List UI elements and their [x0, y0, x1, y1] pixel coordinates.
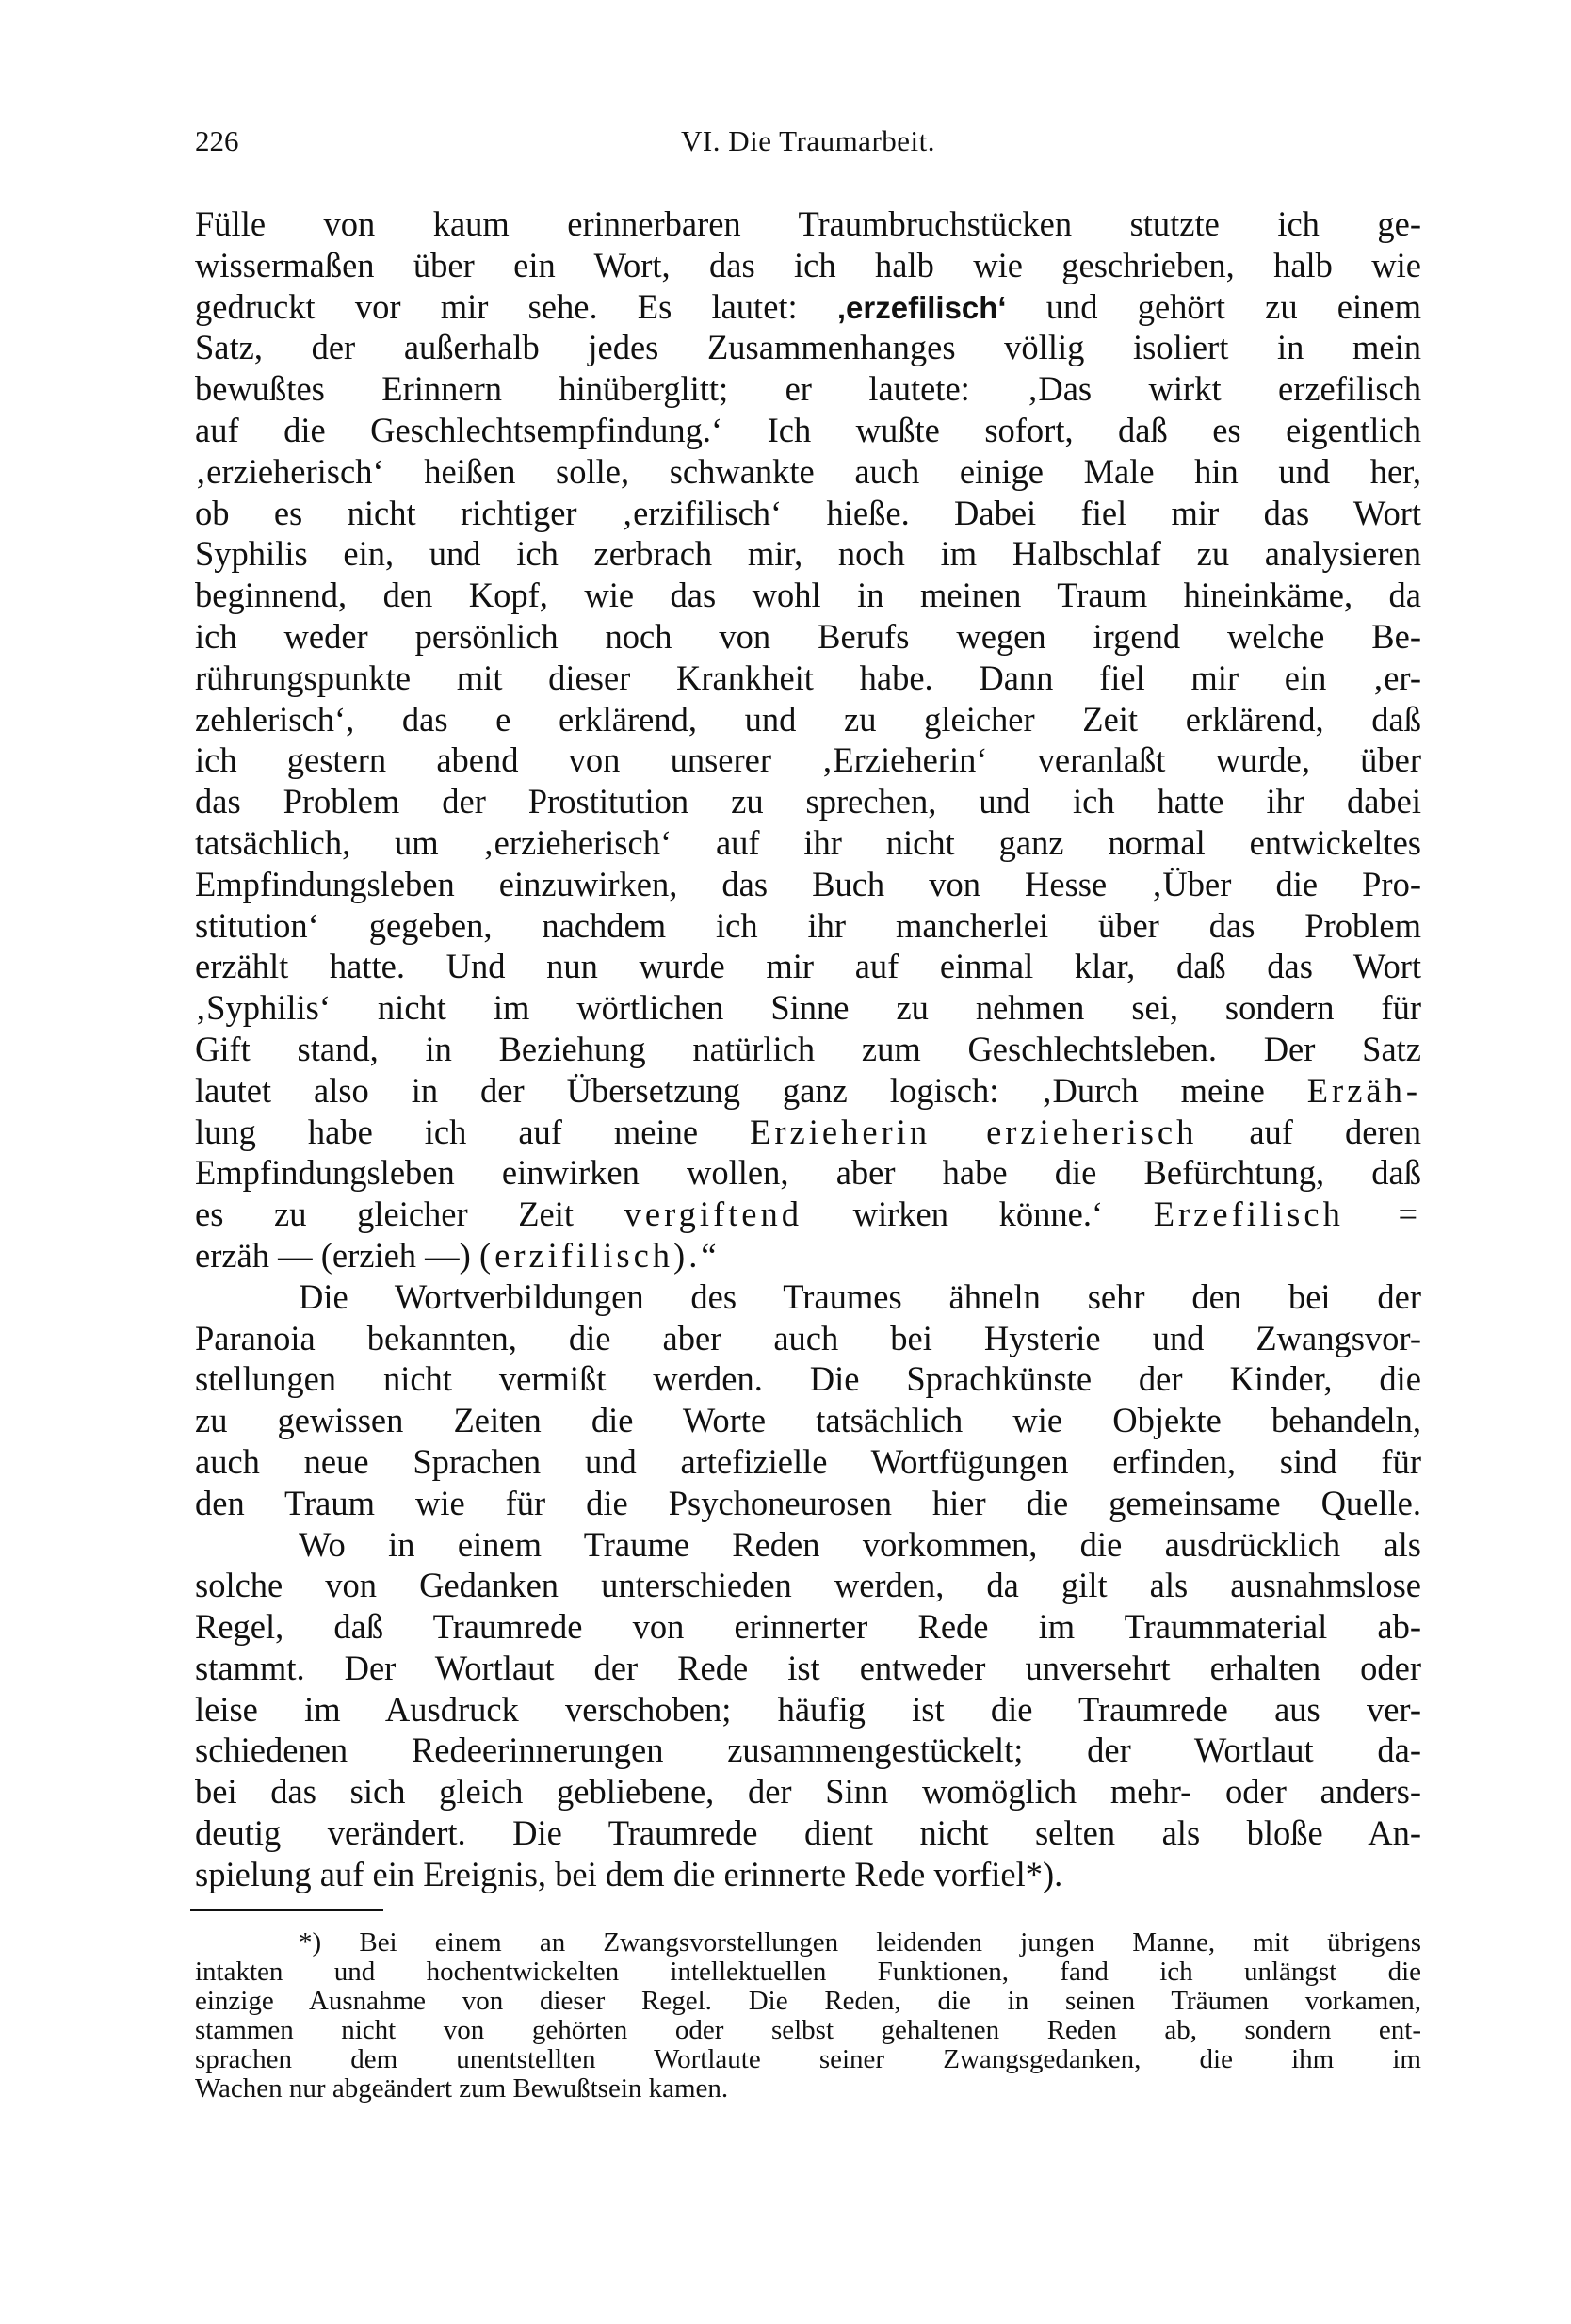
text-line: das Problem der Prostitution zu sprechen… — [195, 781, 1421, 822]
text-line: wissermaßen über ein Wort, das ich halb … — [195, 245, 1421, 286]
text-line: es zu gleicher Zeit vergiftend wirken kö… — [195, 1194, 1421, 1235]
text-line: ‚erzieherisch‘ heißen solle, schwankte a… — [195, 451, 1421, 493]
spaced-text: Erzäh- — [1307, 1071, 1421, 1110]
text-line: auf die Geschlechtsempfindung.‘ Ich wußt… — [195, 410, 1421, 451]
text-fragment: und gehört zu einem — [1046, 287, 1421, 326]
footnote-line: intakten und hochentwickelten intellektu… — [195, 1958, 1421, 1987]
text-line: Wo in einem Traume Reden vorkommen, die … — [195, 1524, 1421, 1566]
text-line: solche von Gedanken unterschieden werden… — [195, 1565, 1421, 1606]
spaced-text: Erzefilisch = — [1154, 1195, 1421, 1233]
text-line: ‚Syphilis‘ nicht im wörtlichen Sinne zu … — [195, 987, 1421, 1029]
text-line: Empfindungsleben einwirken wollen, aber … — [195, 1152, 1421, 1194]
text-fragment: gedruckt vor mir sehe. Es lautet: — [195, 287, 798, 326]
text-fragment: lautet also in der Übersetzung ganz logi… — [195, 1071, 1265, 1110]
text-line: Paranoia bekannten, die aber auch bei Hy… — [195, 1318, 1421, 1359]
footnote: *) Bei einem an Zwangsvorstellungen leid… — [195, 1928, 1421, 2104]
text-line: Satz, der außerhalb jedes Zusammenhanges… — [195, 327, 1421, 368]
text-line: auch neue Sprachen und artefizielle Wort… — [195, 1441, 1421, 1483]
text-line: bei das sich gleich gebliebene, der Sinn… — [195, 1771, 1421, 1812]
text-line: deutig verändert. Die Traumrede dient ni… — [195, 1812, 1421, 1854]
text-line: gedruckt vor mir sehe. Es lautet: ‚erzef… — [195, 286, 1421, 328]
text-line: zehlerisch‘, das e erklärend, und zu gle… — [195, 699, 1421, 740]
text-fragment: lung habe ich auf meine — [195, 1113, 698, 1151]
emphasized-word: ‚erzefilisch‘ — [837, 290, 1007, 325]
spaced-text: (erzifilisch).“ — [479, 1236, 721, 1275]
text-line: schiedenen Redeerinnerungen zusammengest… — [195, 1730, 1421, 1771]
text-line: den Traum wie für die Psychoneurosen hie… — [195, 1483, 1421, 1524]
text-line: tatsächlich, um ‚erzieherisch‘ auf ihr n… — [195, 822, 1421, 864]
spaced-text: vergiftend — [624, 1195, 802, 1233]
footnote-line: stammen nicht von gehörten oder selbst g… — [195, 2016, 1421, 2045]
footnote-line: *) Bei einem an Zwangsvorstellungen leid… — [195, 1928, 1421, 1958]
text-fragment: erzäh — (erzieh —) — [195, 1236, 471, 1275]
footnote-divider — [190, 1909, 383, 1911]
text-line: Gift stand, in Beziehung natürlich zum G… — [195, 1029, 1421, 1070]
text-fragment: es zu gleicher Zeit — [195, 1195, 574, 1233]
footnote-line: sprachen dem unentstellten Wortlaute sei… — [195, 2045, 1421, 2074]
text-line: spielung auf ein Ereignis, bei dem die e… — [195, 1854, 1421, 1895]
footnote-line: Wachen nur abgeändert zum Bewußtsein kam… — [195, 2074, 1421, 2104]
text-line: zu gewissen Zeiten die Worte tatsächlich… — [195, 1400, 1421, 1441]
text-line: ob es nicht richtiger ‚erzifilisch‘ hieß… — [195, 493, 1421, 534]
text-fragment: auf deren — [1249, 1113, 1421, 1151]
text-line: Die Wortverbildungen des Traumes ähneln … — [195, 1276, 1421, 1318]
text-line: ich gestern abend von unserer ‚Erzieheri… — [195, 739, 1421, 781]
body-text: Fülle von kaum erinnerbaren Traumbruchst… — [195, 203, 1421, 1895]
footnote-line: einzige Ausnahme von dieser Regel. Die R… — [195, 1987, 1421, 2016]
text-line: rührungspunkte mit dieser Krankheit habe… — [195, 658, 1421, 699]
text-line: Regel, daß Traumrede von erinnerter Rede… — [195, 1606, 1421, 1648]
text-fragment: wirken könne.‘ — [853, 1195, 1103, 1233]
text-line: Syphilis ein, und ich zerbrach mir, noch… — [195, 533, 1421, 575]
text-line: lung habe ich auf meine Erzieherin erzie… — [195, 1112, 1421, 1153]
text-line: erzäh — (erzieh —) (erzifilisch).“ — [195, 1235, 1421, 1276]
text-line: Fülle von kaum erinnerbaren Traumbruchst… — [195, 203, 1421, 245]
spaced-text: Erzieherin erzieherisch — [750, 1113, 1197, 1151]
text-line: bewußtes Erinnern hinüberglitt; er laute… — [195, 368, 1421, 410]
text-line: stammt. Der Wortlaut der Rede ist entwed… — [195, 1648, 1421, 1689]
text-line: beginnend, den Kopf, wie das wohl in mei… — [195, 575, 1421, 616]
text-line: ich weder persönlich noch von Berufs weg… — [195, 616, 1421, 658]
text-line: lautet also in der Übersetzung ganz logi… — [195, 1070, 1421, 1112]
book-page: 226 VI. Die Traumarbeit. Fülle von kaum … — [195, 121, 1421, 2104]
chapter-title: VI. Die Traumarbeit. — [195, 121, 1421, 162]
text-line: leise im Ausdruck verschoben; häufig ist… — [195, 1689, 1421, 1731]
text-line: stitution‘ gegeben, nachdem ich ihr manc… — [195, 905, 1421, 947]
running-head: 226 VI. Die Traumarbeit. — [195, 121, 1421, 162]
text-line: stellungen nicht vermißt werden. Die Spr… — [195, 1358, 1421, 1400]
text-line: erzählt hatte. Und nun wurde mir auf ein… — [195, 946, 1421, 987]
text-line: Empfindungsleben einzuwirken, das Buch v… — [195, 864, 1421, 905]
